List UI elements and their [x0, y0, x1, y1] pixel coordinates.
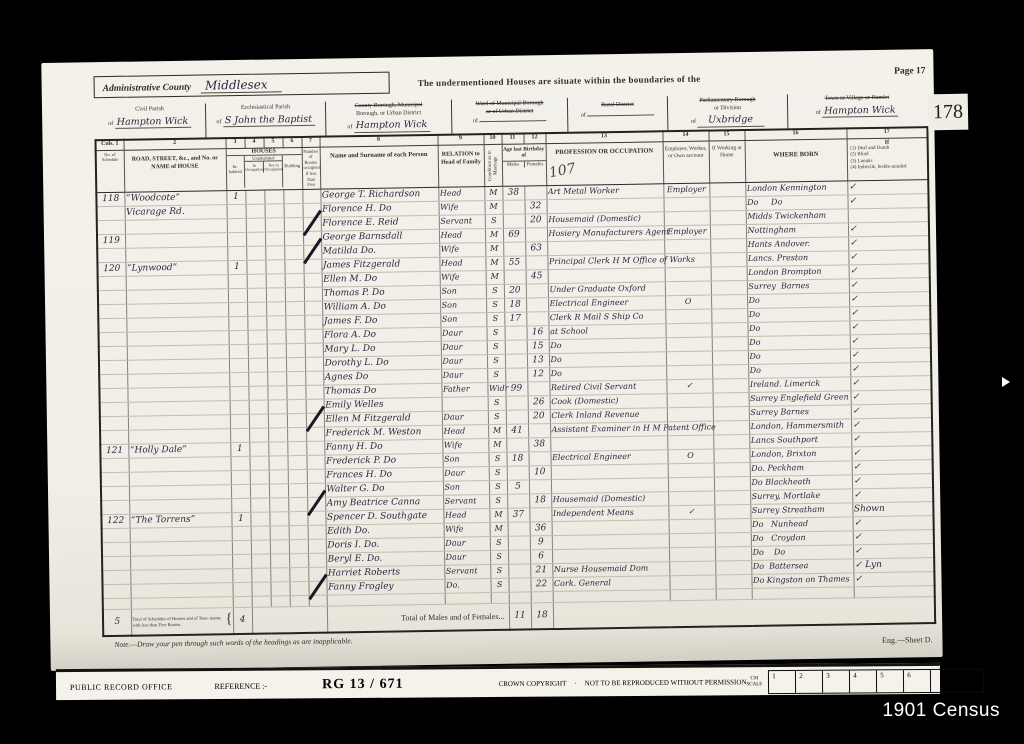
cell-uninhabited-occupied: [246, 218, 265, 232]
cell-infirmity: ✓: [853, 571, 934, 586]
total-schedules-label: Total of Schedules of Houses and of Tene…: [131, 607, 233, 636]
cell-employer: O: [667, 449, 713, 464]
cell-inhabited: [232, 526, 251, 540]
cell-relation: Son: [440, 298, 486, 313]
cell-rooms: [302, 189, 320, 203]
cell-age-female: [528, 423, 550, 437]
cell-working-at-home: [710, 238, 746, 253]
cell-age-female: [525, 255, 547, 269]
cell-condition: S: [488, 410, 506, 424]
total-females-value: 18: [531, 602, 553, 629]
district-of-prefix: of: [347, 124, 352, 130]
cell-uninhabited-occupied: [246, 246, 265, 260]
cell-employer: [665, 267, 711, 282]
cell-employer: ✓: [668, 505, 714, 520]
scale-mark: 6: [904, 670, 931, 692]
cm-scale-ruler: 123456: [768, 669, 984, 695]
cell-infirmity: ✓: [852, 459, 933, 474]
header-infirmity: If (1) Deaf and Dumb (2) Blind (3) Lunat…: [847, 137, 929, 181]
cell-working-at-home: [712, 350, 748, 365]
cell-relation: Daur: [444, 550, 490, 565]
cell-uninhabited-not-occupied: [265, 232, 284, 246]
cell-schedule-number: [102, 570, 130, 584]
cell-uninhabited-not-occupied: [268, 428, 287, 442]
census-table: Cols. 1234567891011121314151617 No. of S…: [94, 126, 936, 637]
cell-schedule-number: [100, 458, 128, 472]
cell-employer: [668, 491, 714, 506]
cell-building: [284, 217, 303, 231]
cell-condition: S: [490, 536, 508, 550]
cell-schedule-number: [98, 290, 126, 304]
cell-condition: S: [486, 312, 504, 326]
cell-building: [285, 301, 304, 315]
cell-condition: S: [487, 368, 505, 382]
cell-employer: [669, 561, 715, 576]
cell-rooms: [303, 217, 321, 231]
district-label-line2: or Division: [714, 105, 741, 111]
page-number-label: Page 17: [894, 66, 926, 76]
cell-uninhabited-occupied: [251, 568, 270, 582]
cell-condition: S: [486, 284, 504, 298]
cell-building: [289, 539, 308, 553]
cell-rooms: [308, 553, 326, 567]
cell-uninhabited-not-occupied: [270, 526, 289, 540]
cell-inhabited: [229, 330, 248, 344]
cell-relation: Servant: [439, 214, 485, 229]
cell-relation: Son: [442, 452, 488, 467]
boundaries-text: The undermentioned Houses are situate wi…: [418, 74, 701, 88]
cell-rooms: [305, 371, 323, 385]
cell-uninhabited-not-occupied: [266, 274, 285, 288]
header-relation: RELATION to Head of Family: [438, 144, 485, 187]
cell-rooms: [305, 357, 323, 371]
cell-relation: Wife: [439, 242, 485, 257]
cell-building: [289, 525, 308, 539]
cell-rooms: [306, 455, 324, 469]
cell-uninhabited-not-occupied: [266, 288, 285, 302]
total-males-value: 11: [509, 603, 531, 630]
cell-employer: Employer: [663, 183, 709, 198]
cell-infirmity: ✓: [853, 529, 934, 544]
cell-inhabited: [231, 484, 250, 498]
cell-building: [287, 399, 306, 413]
cell-schedule-number: 119: [97, 234, 125, 248]
scale-mark: 2: [796, 671, 823, 693]
cell-uninhabited-not-occupied: [265, 260, 284, 274]
cell-uninhabited-occupied: [249, 400, 268, 414]
cell-uninhabited-occupied: [251, 526, 270, 540]
scale-mark: 5: [877, 670, 904, 692]
cell-uninhabited-occupied: [249, 442, 268, 456]
cell-employer: [669, 547, 715, 562]
cell-working-at-home: [714, 462, 750, 477]
cell-relation: Daur: [441, 354, 487, 369]
cell-working-at-home: [715, 574, 751, 589]
cell-schedule-number: [100, 402, 128, 416]
cell-uninhabited-not-occupied: [267, 386, 286, 400]
cell-age-male: [508, 564, 530, 578]
cell-age-male: 5: [507, 480, 529, 494]
cell-relation: Head: [439, 256, 485, 271]
district-of-prefix: of: [108, 120, 113, 126]
admin-county-box: Administrative County Middlesex: [93, 72, 389, 99]
cell-age-male: 37: [507, 508, 529, 522]
cell-age-female: 45: [526, 269, 548, 283]
cell-age-male: 41: [506, 424, 528, 438]
cell-infirmity: ✓: [850, 333, 931, 348]
cell-condition: M: [484, 200, 502, 214]
cell-infirmity: ✓: [851, 417, 932, 432]
column-number: Cols. 1: [95, 140, 123, 150]
cell-age-female: [529, 479, 551, 493]
column-number: 4: [244, 138, 263, 148]
cell-uninhabited-not-occupied: [270, 582, 289, 596]
cell-infirmity: ✓: [847, 193, 928, 208]
cell-infirmity: ✓: [852, 473, 933, 488]
brace-glyph: {: [225, 610, 233, 630]
district-label-line1: Ecclesiastical Parish: [241, 104, 290, 111]
cell-inhabited: 1: [226, 190, 245, 204]
cell-age-female: 12: [527, 367, 549, 381]
header-where-born: WHERE BORN: [745, 138, 848, 182]
cell-age-female: 38: [528, 437, 550, 451]
cell-employer: [664, 211, 710, 226]
cell-infirmity: ✓: [849, 263, 930, 278]
cell-working-at-home: [714, 504, 750, 519]
cell-rooms: [306, 427, 324, 441]
cell-age-female: [529, 507, 551, 521]
cell-building: [288, 469, 307, 483]
cell-schedule-number: [99, 374, 127, 388]
cell-working-at-home: [712, 336, 748, 351]
district-value: [587, 114, 654, 116]
cell-relation: Father: [441, 382, 487, 397]
cell-uninhabited-occupied: [250, 484, 269, 498]
cell-infirmity: ✓ Lyn: [853, 557, 934, 572]
cell-working-at-home: [713, 434, 749, 449]
cell-infirmity: ✓: [849, 291, 930, 306]
cell-relation: Wife: [438, 200, 484, 215]
cell-age-male: [506, 410, 528, 424]
cell-rooms: [308, 539, 326, 553]
cell-infirmity: [848, 207, 929, 222]
cell-rooms: [308, 525, 326, 539]
cell-age-male: 17: [504, 312, 526, 326]
cell-working-at-home: [713, 420, 749, 435]
separator-dot: ·: [574, 679, 576, 687]
cell-infirmity: ✓: [853, 515, 934, 530]
cell-relation: Daur: [443, 466, 489, 481]
cell-infirmity: ✓: [849, 319, 930, 334]
cell-working-at-home: [712, 378, 748, 393]
cell-uninhabited-occupied: [246, 260, 265, 274]
header-age-group: Age last Birthday of Males Females: [502, 143, 547, 186]
cell-schedule-number: [101, 472, 129, 486]
cell-condition: M: [485, 228, 503, 242]
cell-infirmity: ✓: [851, 431, 932, 446]
cell-inhabited: 1: [227, 260, 246, 274]
cell-relation: Wife: [444, 522, 490, 537]
cell-working-at-home: [711, 322, 747, 337]
admin-county-value: Middlesex: [201, 77, 282, 93]
cell-employer: [663, 197, 709, 212]
cell-uninhabited-not-occupied: [265, 246, 284, 260]
cell-working-at-home: [715, 532, 751, 547]
cell-age-male: [507, 466, 529, 480]
cell-building: [288, 511, 307, 525]
cell-building: [285, 273, 304, 287]
cell-working-at-home: [711, 294, 747, 309]
cell-age-female: 15: [527, 339, 549, 353]
cell-uninhabited-not-occupied: [267, 344, 286, 358]
cell-inhabited: 1: [230, 442, 249, 456]
cell-infirmity: ✓: [848, 221, 929, 236]
cell-inhabited: [227, 246, 246, 260]
district-value: Hampton Wick: [822, 104, 899, 118]
cell-infirmity: ✓: [850, 375, 931, 390]
cell-building: [288, 483, 307, 497]
cell-age-female: [525, 227, 547, 241]
cell-uninhabited-occupied: [251, 540, 270, 554]
cell-building: [286, 371, 305, 385]
cell-condition: S: [486, 298, 504, 312]
total-males-females-label: Total of Males and of Females...: [327, 603, 509, 633]
cell-uninhabited-occupied: [248, 344, 267, 358]
district-label-line1: Ward of Municipal Borough: [475, 100, 543, 107]
cell-building: [284, 259, 303, 273]
cell-relation: Son: [440, 312, 486, 327]
district-label-line1: Parliamentary Borough: [699, 97, 755, 104]
cell-age-male: 18: [506, 452, 528, 466]
cell-relation: Son: [440, 284, 486, 299]
column-number: 15: [708, 130, 744, 141]
district-value: S John the Baptist: [223, 113, 315, 127]
cell-schedule-number: [102, 542, 130, 556]
cell-age-male: 20: [504, 284, 526, 298]
cell-working-at-home: [713, 448, 749, 463]
cell-uninhabited-occupied: [250, 498, 269, 512]
cell-age-male: 55: [503, 256, 525, 270]
cell-age-male: [503, 242, 525, 256]
cell-building: [284, 203, 303, 217]
district-of-prefix: of: [816, 109, 821, 115]
cell-age-female: 21: [530, 563, 552, 577]
cell-age-male: 99: [505, 382, 527, 396]
cell-uninhabited-occupied: [250, 470, 269, 484]
scale-mark: 4: [850, 670, 877, 692]
cell-condition: M: [488, 438, 506, 452]
cell-inhabited: [229, 344, 248, 358]
cell-age-male: [504, 326, 526, 340]
cell-uninhabited-not-occupied: [270, 540, 289, 554]
cell-rooms: [306, 441, 324, 455]
column-number: 7: [301, 137, 319, 147]
cell-uninhabited-occupied: [248, 330, 267, 344]
cell-schedule-number: 122: [101, 514, 129, 528]
district-box: Civil Parish of Hampton Wick: [94, 103, 207, 139]
permission-label: NOT TO BE REPRODUCED WITHOUT PERMISSION: [585, 678, 747, 687]
cell-schedule-number: [98, 318, 126, 332]
cell-working-at-home: [714, 476, 750, 491]
cell-age-male: [506, 396, 528, 410]
cell-schedule-number: [98, 276, 126, 290]
cell-age-male: [505, 368, 527, 382]
cell-infirmity: ✓: [848, 235, 929, 250]
cell-schedule-number: [99, 388, 127, 402]
cell-condition: S: [486, 326, 504, 340]
cell-relation: Wife: [442, 438, 488, 453]
cell-age-male: [505, 340, 527, 354]
cell-uninhabited-not-occupied: [270, 554, 289, 568]
cell-uninhabited-not-occupied: [267, 358, 286, 372]
cell-infirmity: ✓: [847, 180, 928, 195]
cell-condition: S: [488, 396, 506, 410]
cell-condition: S: [487, 354, 505, 368]
cell-age-male: [508, 578, 530, 592]
cell-schedule-number: [100, 430, 128, 444]
cell-inhabited: [231, 470, 250, 484]
cell-employer: ✓: [666, 379, 712, 394]
cell-age-female: [526, 311, 548, 325]
cell-age-female: 20: [528, 409, 550, 423]
cell-condition: S: [490, 578, 508, 592]
district-label-line1: County Borough, Municipal: [355, 102, 423, 109]
cell-building: [286, 385, 305, 399]
cell-building: [287, 413, 306, 427]
column-number: 5: [263, 137, 282, 147]
total-houses-value: 4: [233, 607, 252, 634]
header-condition: Condition as to Marriage: [484, 144, 503, 187]
watermark-label: 1901 Census: [883, 700, 1000, 722]
cell-uninhabited-not-occupied: [269, 498, 288, 512]
reference-value: RG 13 / 671: [322, 677, 404, 694]
cell-uninhabited-not-occupied: [265, 218, 284, 232]
header-schedule: No. of Schedule: [96, 150, 125, 193]
scale-mark: 3: [823, 671, 850, 693]
cell-uninhabited-not-occupied: [266, 316, 285, 330]
cell-infirmity: Shown: [852, 501, 933, 516]
cell-rooms: [307, 511, 325, 525]
column-number: 10: [483, 134, 501, 144]
cell-employer: [668, 463, 714, 478]
cell-employer: [666, 337, 712, 352]
total-schedules-value: 5: [103, 609, 131, 636]
cell-uninhabited-not-occupied: [269, 512, 288, 526]
cell-employer: O: [665, 295, 711, 310]
cell-relation: Head: [442, 424, 488, 439]
cell-age-male: 18: [504, 298, 526, 312]
cell-employer: [669, 575, 715, 590]
cell-building: [284, 245, 303, 259]
district-label-line1: Civil Parish: [135, 106, 164, 112]
cell-age-male: [504, 270, 526, 284]
cell-rooms: [308, 581, 326, 595]
cell-condition: S: [489, 466, 507, 480]
cell-employer: [664, 239, 710, 254]
cell-rooms: [305, 343, 323, 357]
cell-infirmity: ✓: [850, 361, 931, 376]
cell-schedule-number: [97, 206, 125, 220]
pro-office-label: PUBLIC RECORD OFFICE: [70, 682, 173, 692]
column-number: 12: [523, 133, 545, 143]
district-label-line2: or of Urban District: [486, 108, 534, 115]
cell-age-female: 32: [524, 199, 546, 213]
cell-age-female: 13: [527, 353, 549, 367]
cell-building: [285, 287, 304, 301]
cell-inhabited: [230, 400, 249, 414]
cell-condition: S: [490, 550, 508, 564]
cell-age-male: 69: [503, 228, 525, 242]
cell-working-at-home: [713, 406, 749, 421]
cell-schedule-number: [102, 556, 130, 570]
cell-rooms: [304, 315, 322, 329]
cell-building: [283, 189, 302, 203]
cell-working-at-home: [711, 308, 747, 323]
cell-schedule-number: 121: [100, 444, 128, 458]
cell-schedule-number: [102, 584, 130, 598]
header-males: Males: [502, 161, 524, 167]
cell-building: [287, 427, 306, 441]
cell-condition: Widr: [487, 382, 505, 396]
header-inhabited: In-habited: [226, 155, 245, 187]
cell-age-female: 10: [529, 465, 551, 479]
cell-condition: S: [490, 564, 508, 578]
cell-uninhabited-occupied: [248, 372, 267, 386]
cell-uninhabited-not-occupied: [265, 204, 284, 218]
scale-mark: 1: [769, 671, 796, 693]
cell-employer: [666, 365, 712, 380]
district-box: County Borough, Municipal Borough, or Ur…: [326, 100, 453, 136]
cell-age-male: [508, 522, 530, 536]
header-age: Age last Birthday of: [502, 144, 545, 161]
cell-inhabited: [228, 288, 247, 302]
cell-inhabited: [228, 302, 247, 316]
cell-schedule-number: [99, 360, 127, 374]
cell-uninhabited-occupied: [249, 428, 268, 442]
cell-schedule-number: [99, 346, 127, 360]
cell-uninhabited-occupied: [250, 512, 269, 526]
district-box: Ecclesiastical Parish of S John the Bapt…: [206, 102, 327, 138]
cell-inhabited: [230, 456, 249, 470]
cell-infirmity: ✓: [848, 249, 929, 264]
cell-working-at-home: [714, 490, 750, 505]
cell-age-female: 18: [529, 493, 551, 507]
cell-condition: M: [490, 522, 508, 536]
cell-building: [285, 315, 304, 329]
cell-working-at-home: [710, 224, 746, 239]
district-box: Parliamentary Borough or Division of Uxb…: [668, 94, 789, 130]
cell-uninhabited-not-occupied: [264, 190, 283, 204]
sheet-label: Eng.—Sheet D.: [882, 635, 933, 645]
cell-working-at-home: [711, 280, 747, 295]
cell-uninhabited-not-occupied: [270, 568, 289, 582]
cell-employer: [669, 519, 715, 534]
district-value: [479, 120, 546, 122]
cell-uninhabited-occupied: [247, 316, 266, 330]
district-box: Rural District of: [568, 96, 669, 132]
cell-age-female: 36: [530, 521, 552, 535]
cell-building: [289, 553, 308, 567]
header-houses-group: HOUSES In-habited Uninhabited In Occupat…: [226, 147, 303, 191]
cell-condition: M: [489, 508, 507, 522]
cell-employer: [666, 351, 712, 366]
cell-uninhabited-occupied: [247, 302, 266, 316]
cell-uninhabited-occupied: [248, 358, 267, 372]
cell-schedule-number: [102, 528, 130, 542]
cell-relation: Head: [439, 228, 485, 243]
cell-condition: M: [484, 186, 502, 200]
cell-rooms: [307, 497, 325, 511]
